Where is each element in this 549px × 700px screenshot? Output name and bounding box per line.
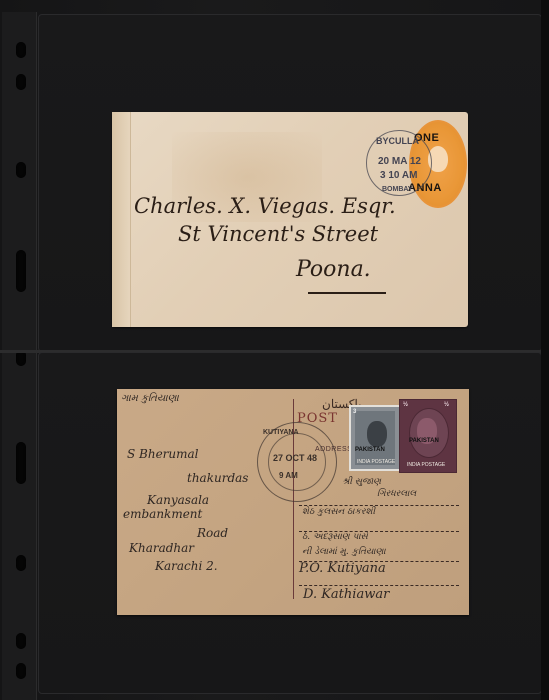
address-guide-line (299, 505, 459, 506)
stamp-frame (355, 411, 395, 465)
sender-line-3: Kanyasala (147, 493, 209, 507)
punch-hole (16, 42, 26, 58)
recipient-line-6: P.O. Kutiyana (299, 561, 386, 576)
postmark-time: 9 AM (279, 471, 298, 480)
imprinted-george-vi-stamp: ½ ½ PAKISTAN INDIA POSTAGE (399, 399, 457, 473)
recipient-line-5: ની ડેલામાં મુ. કુતિયાણા (302, 547, 386, 557)
postmark-date: 27 OCT 48 (273, 453, 317, 463)
postal-stationery-card: پاکستان POST ADDRESS 3 PAKISTAN INDIA PO… (117, 389, 469, 615)
postmark-time: 3 10 AM (380, 170, 417, 181)
sender-line-2: thakurdas (187, 471, 248, 485)
adhesive-george-vi-stamp: 3 PAKISTAN INDIA POSTAGE (349, 405, 401, 471)
punch-hole (16, 250, 26, 292)
sender-line-5: Road (197, 526, 228, 540)
album-page: ONE ANNA BYCULLA 20 MA 12 3 10 AM BOMBAY… (0, 0, 549, 700)
recipient-line-3: શેઠ કુલસન ઠાકરશી (302, 507, 375, 517)
sender-line-7: Karachi 2. (155, 559, 218, 573)
punch-hole (16, 162, 26, 178)
postmark-date: 20 MA 12 (378, 156, 421, 167)
sender-line-6: Kharadhar (129, 541, 194, 555)
recipient-line-1: શ્રી સુજાણ (342, 477, 381, 487)
punch-hole (16, 442, 26, 484)
address-line-3: Poona. (296, 257, 371, 282)
recipient-line-4: ઠે. અદરૂસાણ પાસે (302, 532, 368, 542)
sender-line-1: S Bherumal (127, 447, 199, 461)
stamp-value: ½ (403, 402, 408, 408)
page-edge (541, 0, 549, 700)
sender-line-0: ગામ કુતિયાણા (121, 393, 179, 404)
recipient-line-7: D. Kathiawar (303, 587, 389, 602)
postmark-town: KUTIYANA (263, 429, 299, 436)
binder-strip (2, 12, 37, 700)
king-portrait-icon (367, 421, 387, 447)
recipient-line-2: ગિરધરલાલ (377, 489, 416, 499)
envelope-fold (112, 112, 131, 327)
punch-hole (16, 555, 26, 571)
sender-line-4: embankment (123, 507, 202, 521)
stamp-overprint: PAKISTAN (355, 447, 385, 453)
punch-hole (16, 74, 26, 90)
postal-envelope: ONE ANNA BYCULLA 20 MA 12 3 10 AM BOMBAY… (112, 112, 468, 327)
stamp-inscription: INDIA POSTAGE (407, 462, 445, 468)
postmark-city: BOMBAY (382, 186, 412, 193)
stamp-value: 3 (353, 409, 356, 415)
punch-hole (16, 633, 26, 649)
postmark-town: BYCULLA (376, 136, 419, 146)
address-line-2: St Vincent's Street (178, 222, 378, 246)
address-guide-line (299, 585, 459, 586)
stamp-overprint: PAKISTAN (409, 438, 439, 444)
stamp-inscription: INDIA POSTAGE (357, 459, 395, 465)
address-line-1: Charles. X. Viegas. Esqr. (134, 194, 396, 218)
punch-hole (16, 663, 26, 679)
address-underline (308, 292, 386, 294)
stamp-value: ½ (444, 402, 449, 408)
